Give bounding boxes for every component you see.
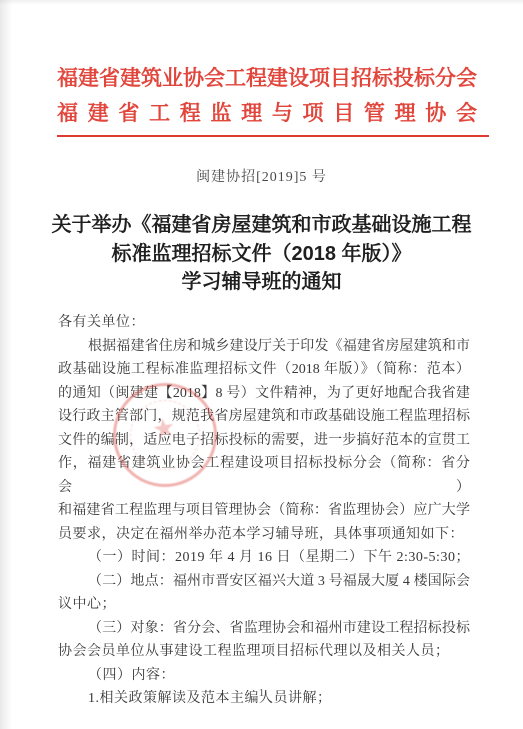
body-line: 和福建省工程监理与项目管理协会（简称：省监理协会）应广大学 <box>58 499 470 523</box>
body-line: 政基础设施工程标准监理招标文件（2018 年版）》（简称：范本） <box>58 358 470 382</box>
header-divider-rule <box>57 135 489 137</box>
body-line: 各有关单位： <box>58 311 470 335</box>
page-number: 1 <box>0 687 523 699</box>
scan-edge-shadow-left <box>0 0 12 729</box>
scan-edge-shadow-top <box>0 0 523 5</box>
body-line: 协会会员单位从事建设工程监理项目招标代理以及相关人员； <box>58 640 470 664</box>
org-header-line-1: 福建省建筑业协会工程建设项目招标投标分会 <box>57 66 477 92</box>
body-line: （四）内容： <box>58 664 470 688</box>
body-line: 议中心； <box>58 593 470 617</box>
body-line: 文件的编制，适应电子招标投标的需要，进一步搞好范本的宣贯工 <box>58 429 470 453</box>
body-line: 作，福建省建筑业协会工程建设项目招标投标分会（简称：省分会） <box>58 452 470 499</box>
body-line: 设行政主管部门，规范我省房屋建筑和市政基础设施工程监理招标 <box>58 405 470 429</box>
title-line-1: 关于举办《福建省房屋建筑和市政基础设施工程 <box>0 211 523 240</box>
notice-document-page: 福建省建筑业协会工程建设项目招标投标分会 福建省工程监理与项目管理协会 闽建协招… <box>0 0 523 729</box>
title-line-2: 标准监理招标文件（2018 年版）》 <box>0 240 523 269</box>
body-text: 各有关单位：根据福建省住房和城乡建设厅关于印发《福建省房屋建筑和市政基础设施工程… <box>58 311 470 711</box>
org-header-line-2: 福建省工程监理与项目管理协会 <box>57 101 477 127</box>
body-line: （二）地点：福州市晋安区福兴大道 3 号福晟大厦 4 楼国际会 <box>58 570 470 594</box>
body-line: 根据福建省住房和城乡建设厅关于印发《福建省房屋建筑和市 <box>58 335 470 359</box>
body-line: 员要求，决定在福州举办范本学习辅导班，具体事项通知如下： <box>58 523 470 547</box>
body-line: （三）对象：省分会、省监理协会和福州市建设工程招标投标 <box>58 617 470 641</box>
body-line: 的通知（闽建建【2018】8 号）文件精神，为了更好地配合我省建 <box>58 382 470 406</box>
notice-title: 关于举办《福建省房屋建筑和市政基础设施工程 标准监理招标文件（2018 年版）》… <box>0 211 523 297</box>
body-line: （一）时间：2019 年 4 月 16 日（星期二）下午 2:30-5:30； <box>58 546 470 570</box>
document-number: 闽建协招[2019]5 号 <box>0 166 523 186</box>
title-line-3: 学习辅导班的通知 <box>0 268 523 297</box>
